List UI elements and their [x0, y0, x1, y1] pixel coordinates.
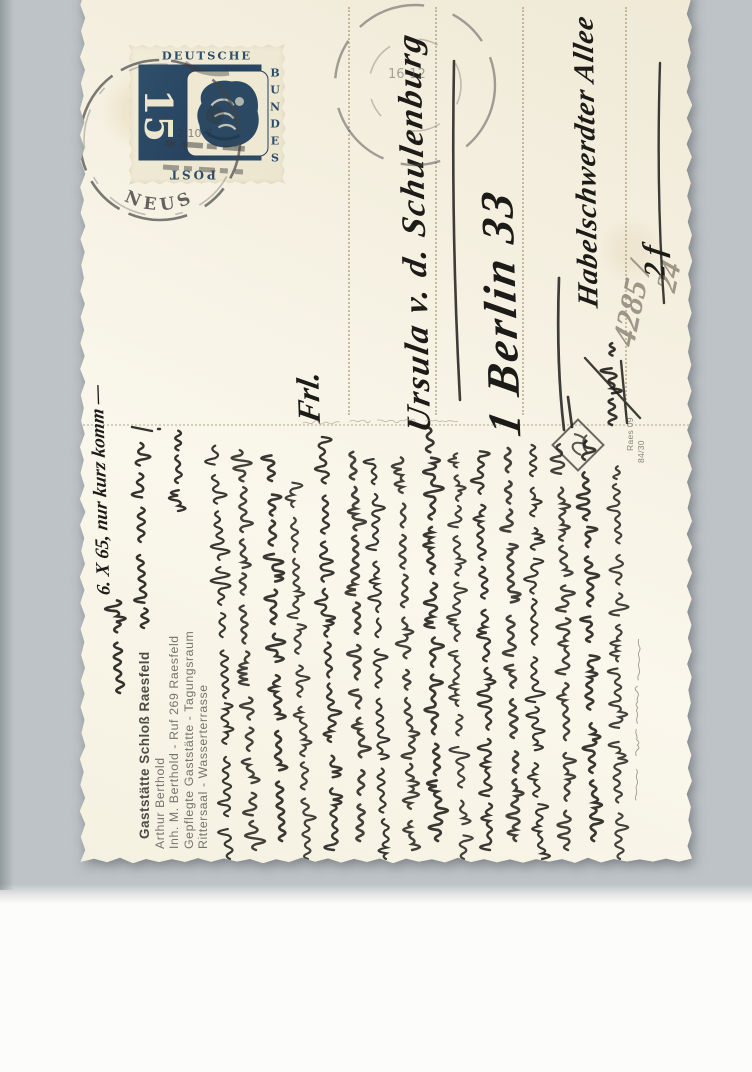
order-code: Raes 09 — [625, 417, 636, 451]
handwriting-stroke — [442, 442, 475, 859]
stamp-frame: 15 — [138, 65, 261, 161]
divider-line — [80, 424, 692, 426]
handwriting-stroke — [575, 436, 605, 841]
handwriting-stroke — [261, 443, 291, 841]
handwriting-stroke — [585, 358, 640, 423]
address-salutation: Frl. — [289, 368, 328, 425]
handwriting-stroke — [342, 438, 374, 842]
handwriting-stroke — [391, 444, 422, 851]
handwriting-stroke — [470, 443, 499, 851]
handwritten-date: 6. X 65, nur kurz komm — — [86, 383, 115, 596]
scan-edge-shadow — [0, 0, 14, 890]
handwriting-stroke — [601, 336, 622, 425]
handwriting-stroke — [104, 592, 129, 693]
postcard-paper: Gaststätte Schloß Raesfeld Arthur Bertho… — [80, 0, 692, 863]
imprint-line: Gepflegte Gaststätte - Tagungsraum — [182, 631, 197, 849]
imprint-line: Arthur Berthold — [153, 631, 168, 849]
handwriting-stroke — [284, 474, 317, 860]
stamp-country-side: BUNDES — [268, 67, 281, 163]
stamp-country-bottom: POST — [156, 168, 226, 182]
address-rule-line — [348, 7, 350, 415]
address-street: Habelschwerdter Allee — [567, 12, 605, 310]
pencil-dealer-code: 4285 / 24 — [610, 247, 687, 361]
handwriting-stroke — [169, 422, 185, 511]
imprint-line: Rittersaal - Wasserterrasse — [196, 631, 211, 849]
handwriting-stroke — [131, 433, 153, 628]
handwriting-stroke — [453, 61, 460, 400]
stamp-face: DEUTSCHE 15 BUNDES POS — [128, 45, 285, 185]
stamp-portrait — [186, 71, 268, 157]
imprint-block: Gaststätte Schloß Raesfeld Arthur Bertho… — [138, 631, 211, 849]
handwriting-stroke — [558, 278, 572, 430]
handwriting-stroke — [602, 454, 635, 859]
handwriting-stroke — [418, 416, 453, 841]
svg-text:NEUS: NEUS — [122, 187, 199, 216]
stamp: DEUTSCHE 15 BUNDES POS — [128, 45, 285, 185]
stamp-country-top: DEUTSCHE — [128, 49, 285, 63]
handwriting-stroke — [548, 439, 581, 850]
address-name: Ursula v. d. Schulenburg — [391, 29, 440, 435]
address-city: 1 Berlin 33 — [470, 185, 532, 439]
handwriting-stroke — [311, 427, 345, 850]
handwriting-stroke — [231, 437, 265, 851]
handwriting-stroke — [519, 436, 552, 859]
order-codes: Raes 09 84/30 — [625, 417, 647, 465]
order-code: 84/30 — [636, 417, 647, 463]
postmark-town: NEUS — [122, 187, 199, 216]
handwriting-stroke — [132, 427, 160, 431]
logo-scribble — [561, 428, 595, 462]
stamp-portrait-art — [187, 72, 267, 156]
imprint-line: Inh. M. Berthold - Ruf 269 Raesfeld — [167, 631, 182, 849]
handwriting-stroke — [497, 435, 526, 841]
handwriting-stroke — [635, 631, 640, 800]
address-rule-line — [625, 7, 627, 415]
scan-background: Gaststätte Schloß Raesfeld Arthur Bertho… — [0, 0, 752, 1072]
postcard: Gaststätte Schloß Raesfeld Arthur Bertho… — [80, 0, 692, 863]
handwriting-stroke — [363, 449, 393, 859]
stamp-value: 15 — [136, 90, 181, 134]
publisher-diamond-logo — [551, 418, 605, 472]
imprint-line: Gaststätte Schloß Raesfeld — [138, 631, 153, 839]
